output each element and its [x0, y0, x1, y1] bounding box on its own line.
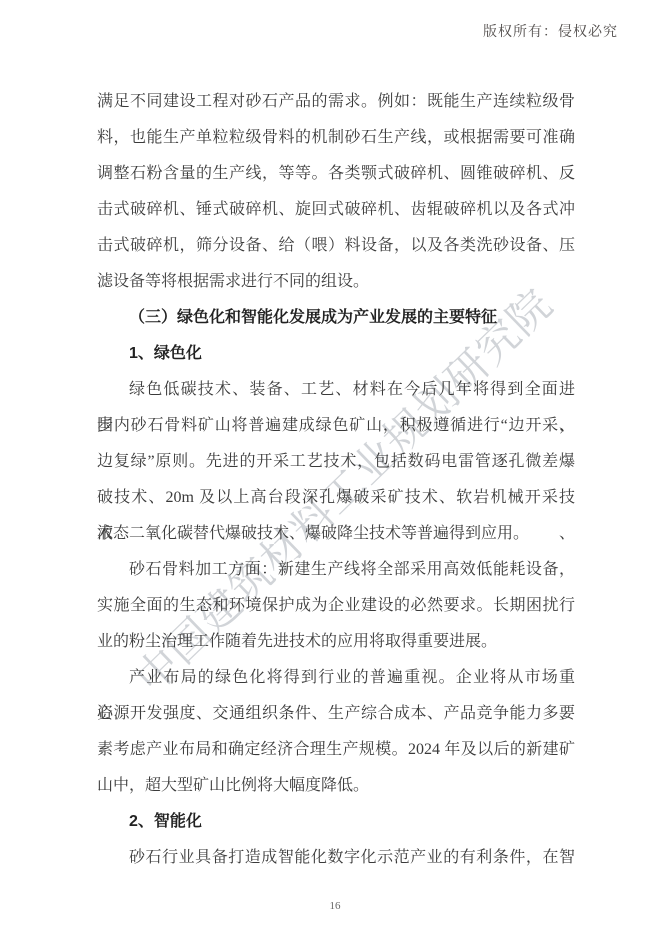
- body-line: 调整石粉含量的生产线，等等。各类颚式破碎机、圆锥破碎机、反: [97, 156, 575, 192]
- body-line: 业的粉尘治理工作随着先进技术的应用将取得重要进展。: [97, 624, 575, 660]
- document-page: 版权所有：侵权必究 中国建筑材料工业规划研究院 满足不同建设工程对砂石产品的需求…: [0, 0, 670, 947]
- body-line: 绿色低碳技术、装备、工艺、材料在今后几年将得到全面进步，: [97, 372, 575, 408]
- body-line: 边复绿”原则。先进的开采工艺技术，包括数码电雷管逐孔微差爆: [97, 444, 575, 480]
- copyright-notice: 版权所有：侵权必究: [483, 21, 618, 41]
- body-line: 山中，超大型矿山比例将大幅度降低。: [97, 768, 575, 804]
- body-line: 砂石骨料加工方面：新建生产线将全部采用高效低能耗设备，: [97, 552, 575, 588]
- sub-heading: 2、智能化: [97, 804, 575, 840]
- body-line: 砂石行业具备打造成智能化数字化示范产业的有利条件，在智: [97, 840, 575, 876]
- body-line: 料，也能生产单粒粒级骨料的机制砂石生产线，或根据需要可准确: [97, 120, 575, 156]
- body-line: 满足不同建设工程对砂石产品的需求。例如：既能生产连续粒级骨: [97, 84, 575, 120]
- body-line: 产业布局的绿色化将得到行业的普遍重视。企业将从市场重心、: [97, 660, 575, 696]
- body-line: 击式破碎机、锤式破碎机、旋回式破碎机、齿辊破碎机以及各式冲: [97, 192, 575, 228]
- body-line: 破技术、20m 及以上高台段深孔爆破采矿技术、软岩机械开采技术、: [97, 480, 575, 516]
- page-number: 16: [0, 900, 670, 912]
- body-line: 滤设备等将根据需求进行不同的组设。: [97, 264, 575, 300]
- section-heading: （三）绿色化和智能化发展成为产业发展的主要特征: [97, 300, 575, 336]
- body-line: 资源开发强度、交通组织条件、生产综合成本、产品竞争能力多要: [97, 696, 575, 732]
- sub-heading: 1、绿色化: [97, 336, 575, 372]
- body-line: 实施全面的生态和环境保护成为企业建设的必然要求。长期困扰行: [97, 588, 575, 624]
- body-line: 素考虑产业布局和确定经济合理生产规模。2024 年及以后的新建矿: [97, 732, 575, 768]
- document-body: 满足不同建设工程对砂石产品的需求。例如：既能生产连续粒级骨 料，也能生产单粒粒级…: [97, 84, 575, 876]
- body-line: 击式破碎机，筛分设备、给（喂）料设备，以及各类洗砂设备、压: [97, 228, 575, 264]
- body-line: 液态二氧化碳替代爆破技术、爆破降尘技术等普遍得到应用。: [97, 516, 575, 552]
- body-line: 国内砂石骨料矿山将普遍建成绿色矿山，积极遵循进行“边开采、: [97, 408, 575, 444]
